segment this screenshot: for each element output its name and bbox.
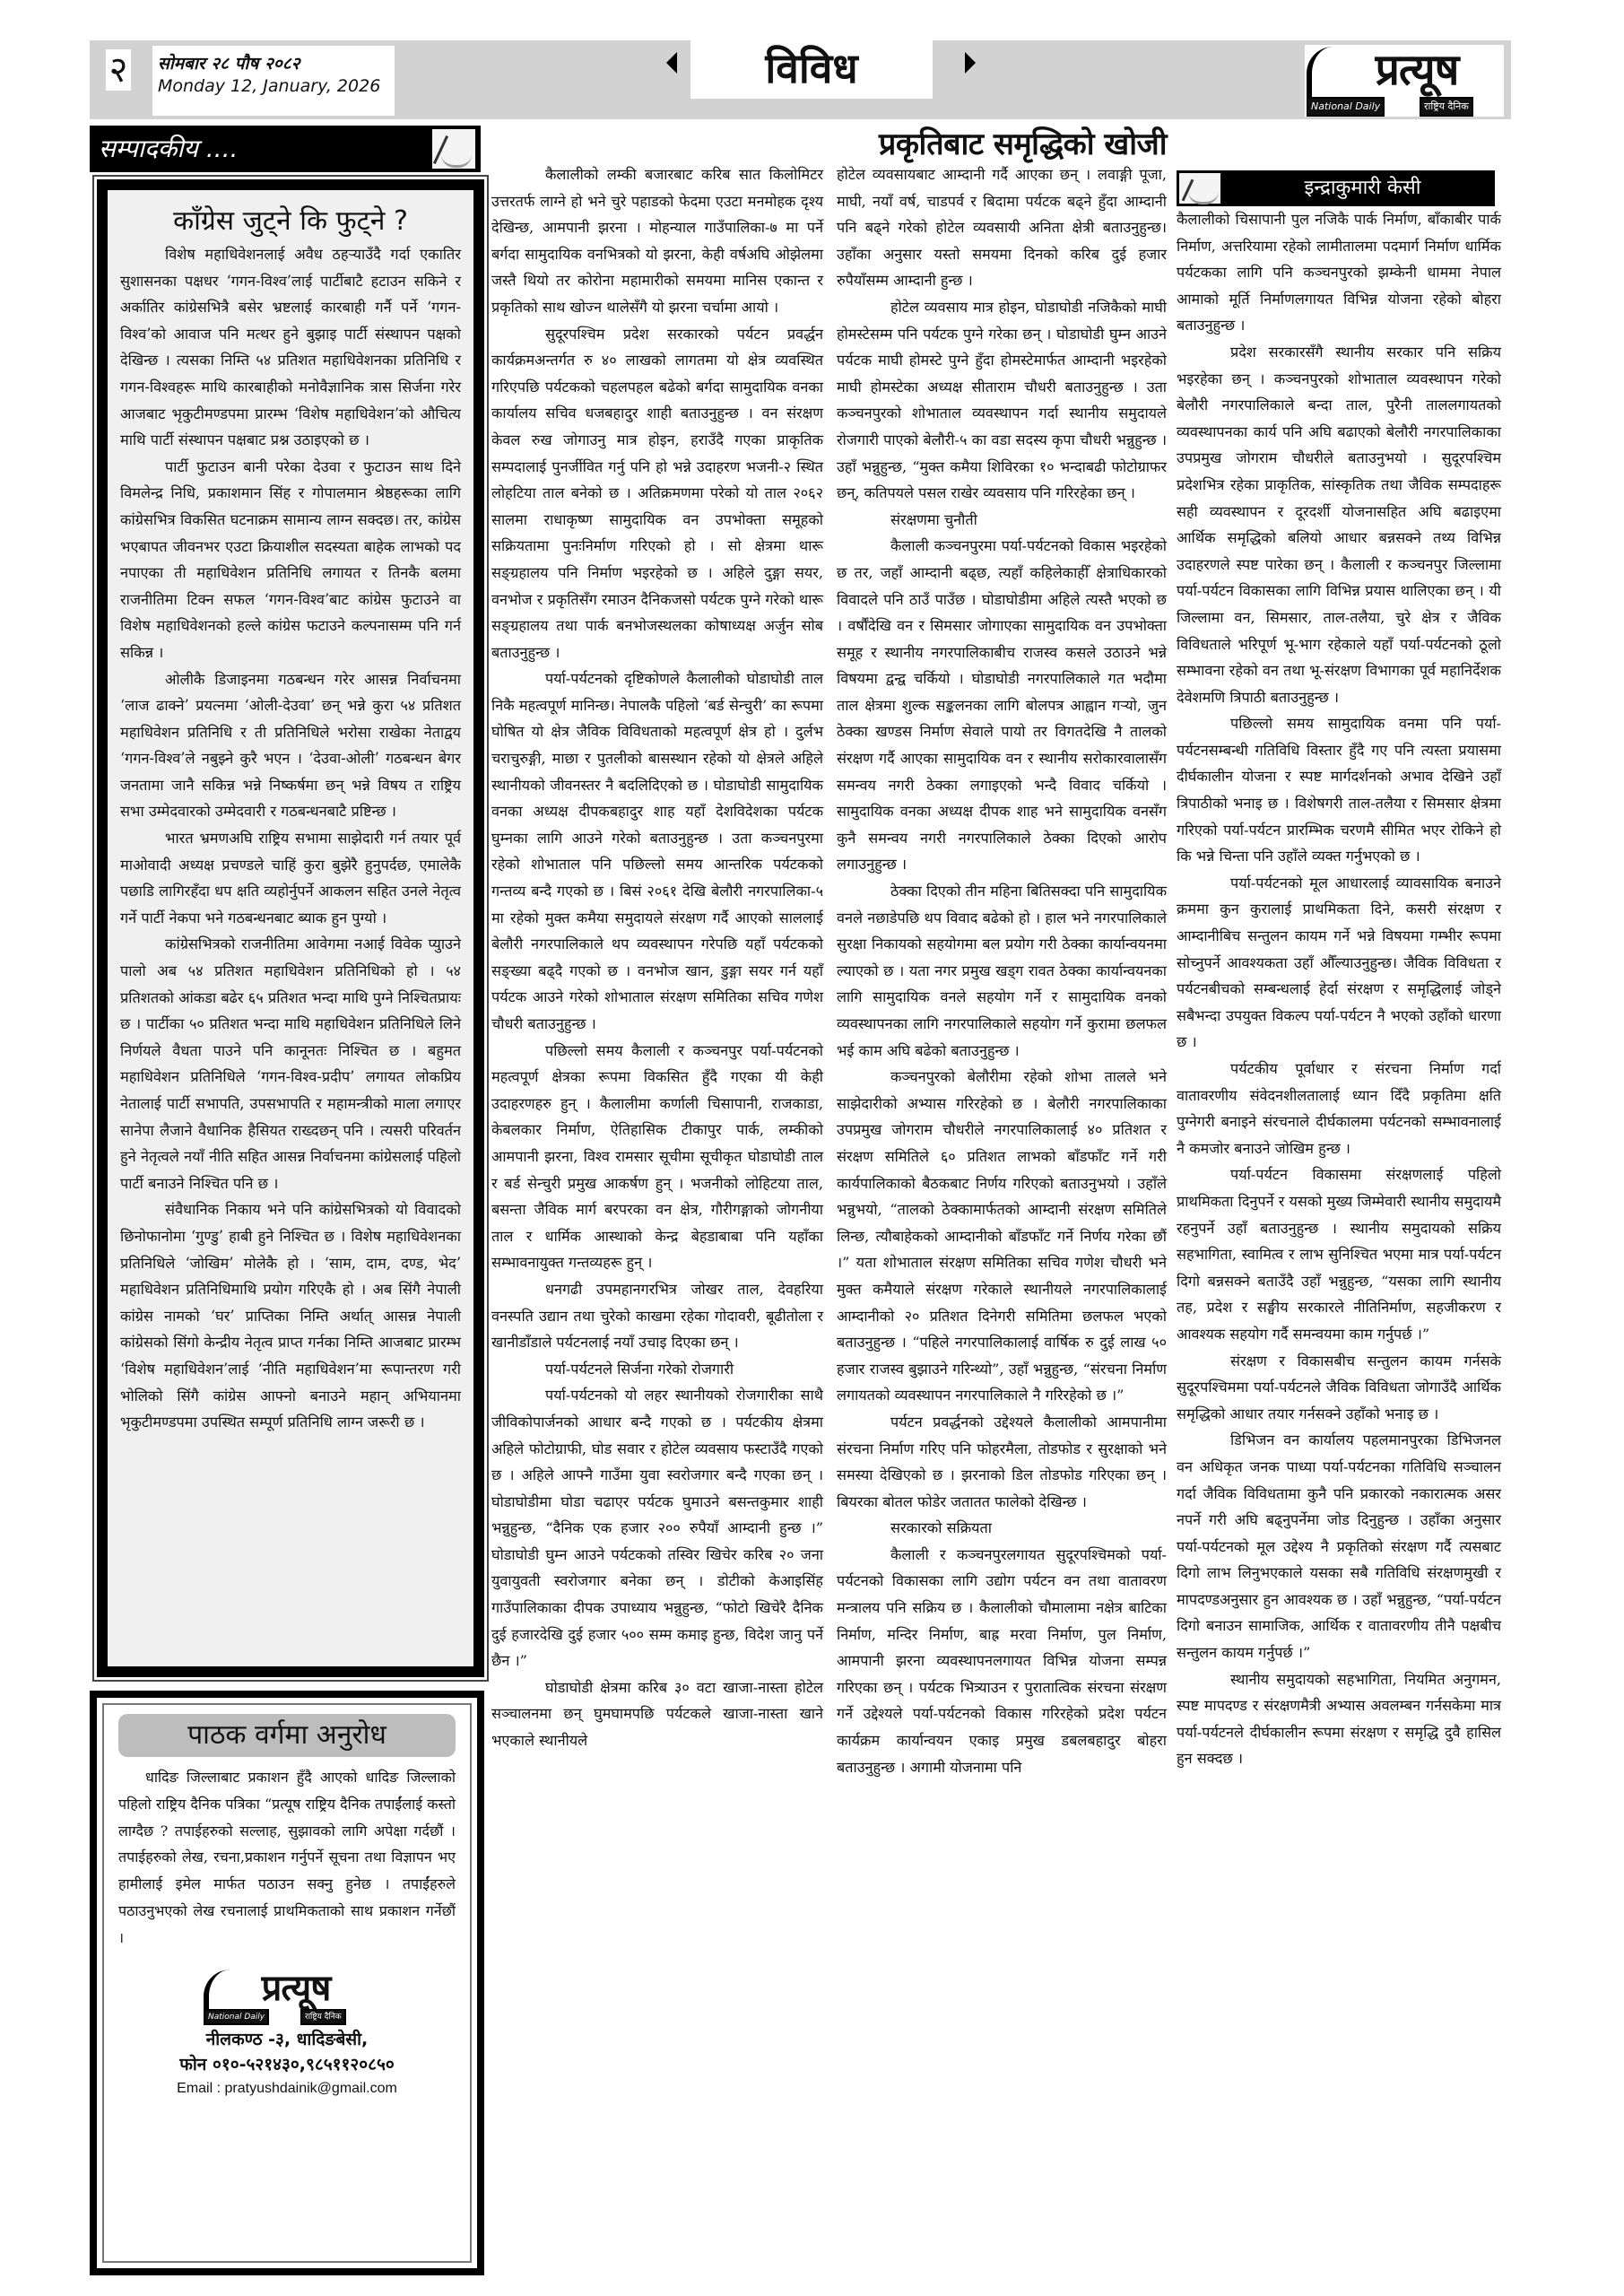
article-paragraph: पछिल्लो समय सामुदायिक वनमा पनि पर्या-पर्… [1177, 710, 1501, 870]
logo-sub-english: National Daily [1307, 97, 1385, 117]
article-paragraph: कैलाली कञ्चनपुरमा पर्या-पर्यटनको विकास भ… [837, 533, 1167, 878]
logo-sub-nepali: राष्ट्रिय दैनिक [300, 2009, 346, 2025]
arrow-left-icon [666, 52, 677, 74]
editorial-header: सम्पादकीय .... [90, 126, 481, 172]
article-column-3: कैलालीको चिसापानी पुल नजिकै पार्क निर्मा… [1177, 206, 1501, 1772]
editorial-paragraph: कांग्रेसभित्रको राजनीतिमा आवेगमा नआई विव… [120, 931, 461, 1196]
date-box: सोमबार २८ पौष २०८२ Monday 12, January, 2… [152, 46, 395, 116]
newspaper-logo-small: प्रत्यूष National Daily राष्ट्रिय दैनिक [202, 1968, 372, 2023]
editorial-paragraph: संवैधानिक निकाय भने पनि कांग्रेसभित्रको … [120, 1196, 461, 1435]
article-subheading: संरक्षणमा चुनौती [837, 507, 1167, 534]
article-paragraph: पर्या-पर्यटनको दृष्टिकोणले कैलालीको घोडा… [491, 665, 823, 1037]
article-paragraph: पर्या-पर्यटनको यो लहर स्थानीयको रोजगारीक… [491, 1382, 823, 1674]
editorial-paragraph: भारत भ्रमणअघि राष्ट्रिय सभामा साझेदारी ग… [120, 825, 461, 931]
editorial-paragraph: पार्टी फुटाउन बानी परेका देउवा र फुटाउन … [120, 454, 461, 666]
editorial-body: विशेष महाधिवेशनलाई अवैध ठहऱ्याउँदै गर्दा… [120, 241, 461, 1436]
reader-request-box: पाठक वर्गमा अनुरोध धादिङ जिल्लाबाट प्रका… [90, 1691, 484, 2275]
article-paragraph: कैलालीको लम्की बजारबाट करिब सात किलोमिटर… [491, 161, 823, 321]
article-paragraph: होटेल व्यवसाय मात्र होइन, घोडाघोडी नजिकै… [837, 294, 1167, 507]
editorial-title: काँग्रेस जुट्ने कि फुट्ने ? [120, 201, 461, 238]
article-paragraph: पर्या-पर्यटन विकासमा संरक्षणलाई पहिलो प्… [1177, 1161, 1501, 1347]
newspaper-logo: प्रत्यूष National Daily राष्ट्रिय दैनिक [1305, 45, 1504, 117]
pen-icon [432, 129, 475, 169]
article-column-1: कैलालीको लम्की बजारबाट करिब सात किलोमिटर… [491, 161, 823, 1754]
author-byline: इन्द्राकुमारी केसी [1177, 170, 1495, 206]
page-number: २ [106, 49, 131, 91]
article-paragraph: संरक्षण र विकासबीच सन्तुलन कायम गर्नसके … [1177, 1348, 1501, 1428]
article-paragraph: सुदूरपश्चिम प्रदेश सरकारको पर्यटन प्रवर्… [491, 321, 823, 666]
editorial-paragraph: विशेष महाधिवेशनलाई अवैध ठहऱ्याउँदै गर्दा… [120, 241, 461, 454]
arrow-right-icon [965, 52, 976, 74]
article-paragraph: प्रदेश सरकारसँगै स्थानीय सरकार पनि सक्रि… [1177, 339, 1501, 710]
article-subheading: सरकारको सक्रियता [837, 1515, 1167, 1542]
article-paragraph: डिभिजन वन कार्यालय पहलमानपुरका डिभिजनल व… [1177, 1427, 1501, 1665]
article-column-2: होटेल व्यवसायबाट आम्दानी गर्दै आएका छन् … [837, 161, 1167, 1780]
phone: फोन ०१०-५२१४३०,९८५११२०८५० [118, 2052, 456, 2077]
address: नीलकण्ठ -३, धादिङबेसी, [118, 2027, 456, 2052]
date-english: Monday 12, January, 2026 [158, 76, 380, 96]
logo-sub-nepali: राष्ट्रिय दैनिक [1420, 97, 1473, 117]
article-paragraph: ठेक्का दिएको तीन महिना बितिसक्दा पनि साम… [837, 878, 1167, 1064]
logo-wordmark: प्रत्यूष [1332, 45, 1502, 95]
section-title: विविध [690, 40, 933, 99]
article-paragraph: कञ्चनपुरको बेलौरीमा रहेको शोभा तालले भने… [837, 1064, 1167, 1409]
editorial-box: काँग्रेस जुट्ने कि फुट्ने ? विशेष महाधिव… [92, 175, 489, 1682]
article-paragraph: कैलाली र कञ्चनपुरलगायत सुदूरपश्चिमको पर्… [837, 1542, 1167, 1780]
editorial-paragraph: ओलीकै डिजाइनमा गठबन्धन गरेर आसन्न निर्वा… [120, 666, 461, 826]
masthead: २ सोमबार २८ पौष २०८२ Monday 12, January,… [90, 40, 1511, 119]
article-paragraph: कैलालीको चिसापानी पुल नजिकै पार्क निर्मा… [1177, 206, 1501, 339]
author-name: इन्द्राकुमारी केसी [1230, 170, 1495, 206]
date-nepali: सोमबार २८ पौष २०८२ [158, 51, 300, 74]
reader-request-body: धादिङ जिल्लाबाट प्रकाशन हुँदै आएको धादिङ… [118, 1764, 456, 1952]
reader-request-title: पाठक वर्गमा अनुरोध [118, 1714, 456, 1757]
logo-wordmark: प्रत्यूष [220, 1968, 372, 2009]
article-subheading: पर्या-पर्यटनले सिर्जना गरेको रोजगारी [491, 1356, 823, 1383]
article-paragraph: धनगढी उपमहानगरभित्र जोखर ताल, देवहरिया व… [491, 1276, 823, 1356]
logo-sub-english: National Daily [204, 2009, 269, 2025]
article-paragraph: पर्या-पर्यटनको मूल आधारलाई व्यावसायिक बन… [1177, 870, 1501, 1056]
email-link[interactable]: Email : pratyushdainik@gmail.com [118, 2077, 456, 2100]
article-title: प्रकृतिबाट समृद्धिको खोजी [879, 122, 1167, 163]
article-paragraph: पर्यटन प्रवर्द्धनको उद्देश्यले कैलालीको … [837, 1409, 1167, 1515]
article-paragraph: पछिल्लो समय कैलाली र कञ्चनपुर पर्या-पर्य… [491, 1038, 823, 1276]
article-paragraph: स्थानीय समुदायको सहभागिता, नियमित अनुगमन… [1177, 1666, 1501, 1772]
article-paragraph: पर्यटकीय पूर्वाधार र संरचना निर्माण गर्द… [1177, 1056, 1501, 1161]
editorial-label: सम्पादकीय .... [99, 131, 238, 165]
article-paragraph: घोडाघोडी क्षेत्रमा करिब ३० वटा खाजा-नास्… [491, 1674, 823, 1754]
pen-icon [1179, 173, 1220, 204]
article-paragraph: होटेल व्यवसायबाट आम्दानी गर्दै आएका छन् … [837, 161, 1167, 294]
